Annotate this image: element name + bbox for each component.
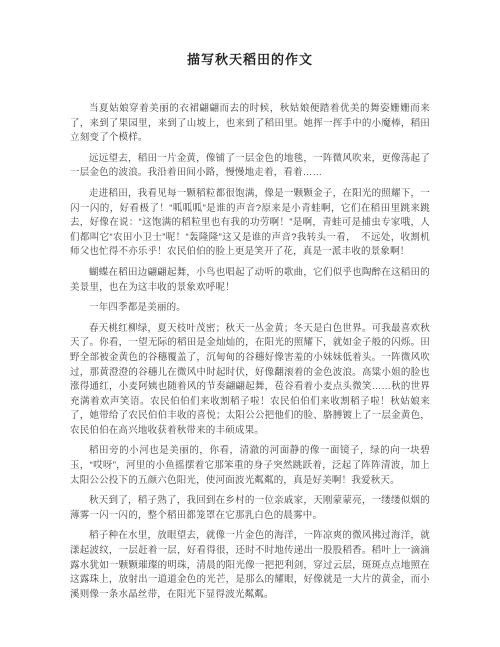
essay-paragraph: 稻子种在水里，放眼望去，就像一片金色的海洋，一阵凉爽的微风拂过海洋，就漾起波纹，…: [70, 529, 430, 602]
essay-paragraph: 蝴蝶在稻田边翩翩起舞，小鸟也唱起了动听的歌曲，它们似乎也陶醉在这稻田的美景里，也…: [70, 266, 430, 295]
essay-paragraph: 一年四季都是美丽的。: [70, 301, 430, 316]
essay-title: 描写秋天稻田的作文: [70, 52, 430, 68]
essay-paragraph: 走进稻田，我看见每一颗稻粒都很饱满，像是一颗颗金子，在阳光的照耀下，一闪一闪的，…: [70, 187, 430, 260]
document-page: 描写秋天稻田的作文 当夏姑娘穿着美丽的衣裙翩翩而去的时候，秋姑娘便踏着优美的舞姿…: [0, 0, 500, 647]
essay-paragraph: 稻田旁的小河也是美丽的，你看，清澈的河面静的像一面镜子，绿的向一块碧玉，“哎呀”…: [70, 444, 430, 488]
essay-paragraph: 春天桃红柳绿，夏天枝叶茂密；秋天一丛金黄；冬天是白色世界。可我最喜欢秋天了。你看…: [70, 322, 430, 439]
essay-body: 当夏姑娘穿着美丽的衣裙翩翩而去的时候，秋姑娘便踏着优美的舞姿姗姗而来了，来到了果…: [70, 102, 430, 602]
essay-paragraph: 秋天到了，稻子熟了，我回到在乡村的一位亲戚家，天刚蒙蒙亮，一缕缕似烟的薄雾一闪一…: [70, 494, 430, 523]
essay-paragraph: 远远望去，稻田一片金黄，像铺了一层金色的地毯，一阵微风吹来，更像荡起了一层金色的…: [70, 152, 430, 181]
essay-paragraph: 当夏姑娘穿着美丽的衣裙翩翩而去的时候，秋姑娘便踏着优美的舞姿姗姗而来了，来到了果…: [70, 102, 430, 146]
